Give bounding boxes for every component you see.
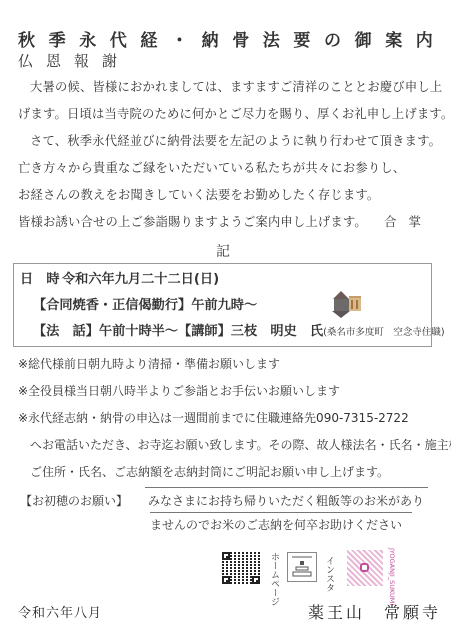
greeting-line: お経さんの教えをお聞きしていく法要をお勤めしたく存じます。 [18, 185, 379, 203]
page-subtitle: 仏恩報謝 [18, 50, 130, 71]
offering-rule-top [145, 487, 428, 488]
instagram-handle: JYOGANJI_SUKUMI [388, 548, 396, 605]
greeting-line: 大暑の候、皆様におかれましては、ますますご清祥のこととお慶び申し上 [30, 77, 442, 95]
temple-illustration-icon [331, 289, 363, 319]
date-label: 日 時 [20, 268, 60, 287]
date-value: 令和六年九月二十二日(日) [62, 268, 219, 287]
greeting-line: 皆様お誘い合せの上ご参詣賜りますようご案内申し上げます。 [18, 212, 367, 230]
offering-label: 【お初穂のお願い】 [20, 492, 128, 509]
note-application: ※永代経志納・納骨の申込は一週間前までに住職連絡先090-7315-2722 [18, 409, 409, 426]
temple-name: 薬王山 常願寺 [308, 600, 441, 623]
issue-date: 令和六年八月 [18, 602, 102, 621]
offering-rule-bottom [150, 512, 412, 513]
greeting-line: さて、秋季永代経並びに納骨法要を左記のように執り行わせて頂きます。 [30, 131, 441, 149]
session-memorial-service: 【合同焼香・正信偈勤行】午前九時～ [33, 294, 257, 313]
instagram-label: インスタ [323, 556, 336, 592]
instagram-qr-code[interactable] [347, 550, 383, 586]
ki-heading: 記 [216, 241, 230, 261]
page-title: 秋季永代経・納骨法要の御案内 [18, 26, 446, 51]
note-officers: ※全役員様当日朝八時半よりご参詣とお手伝いお願いします [18, 382, 340, 399]
session-sermon: 【法 話】午前十時半～【講師】三枝 明史 氏(桑名市多度町 空念寺住職) [33, 320, 445, 339]
offering-line: みなさまにお持ち帰りいただく粗飯等のお米があり [148, 492, 424, 509]
sect-emblem-icon [287, 552, 317, 582]
note-cleaning: ※総代様前日朝九時より清掃・準備お願いします [18, 355, 280, 372]
note-application-cont: へお電話いただき、お寺迄お願い致します。その際、故人様法名・氏名・施主様の [30, 436, 451, 453]
homepage-label: ホームページ [268, 552, 281, 606]
sermon-time-lecturer: 【法 話】午前十時半～【講師】三枝 明史 氏 [33, 324, 323, 339]
instagram-icon [360, 563, 369, 572]
note-application-cont: ご住所・氏名、ご志納額を志納封筒にご明記お願い申し上げます。 [30, 463, 389, 480]
gassho-closing: 合掌 [384, 212, 433, 230]
offering-line: ませんのでお米のご志納を何卒お助けください [150, 516, 402, 533]
greeting-line: 亡き方々から貴重なご縁をいただいている私たちが共々にお参りし、 [18, 158, 405, 176]
lecturer-affiliation: (桑名市多度町 空念寺住職) [323, 327, 444, 338]
greeting-line: げます。日頃は当寺院のために何かとご尽力を賜り、厚くお礼申し上げます。 [18, 104, 451, 122]
homepage-qr-code[interactable] [222, 552, 260, 584]
